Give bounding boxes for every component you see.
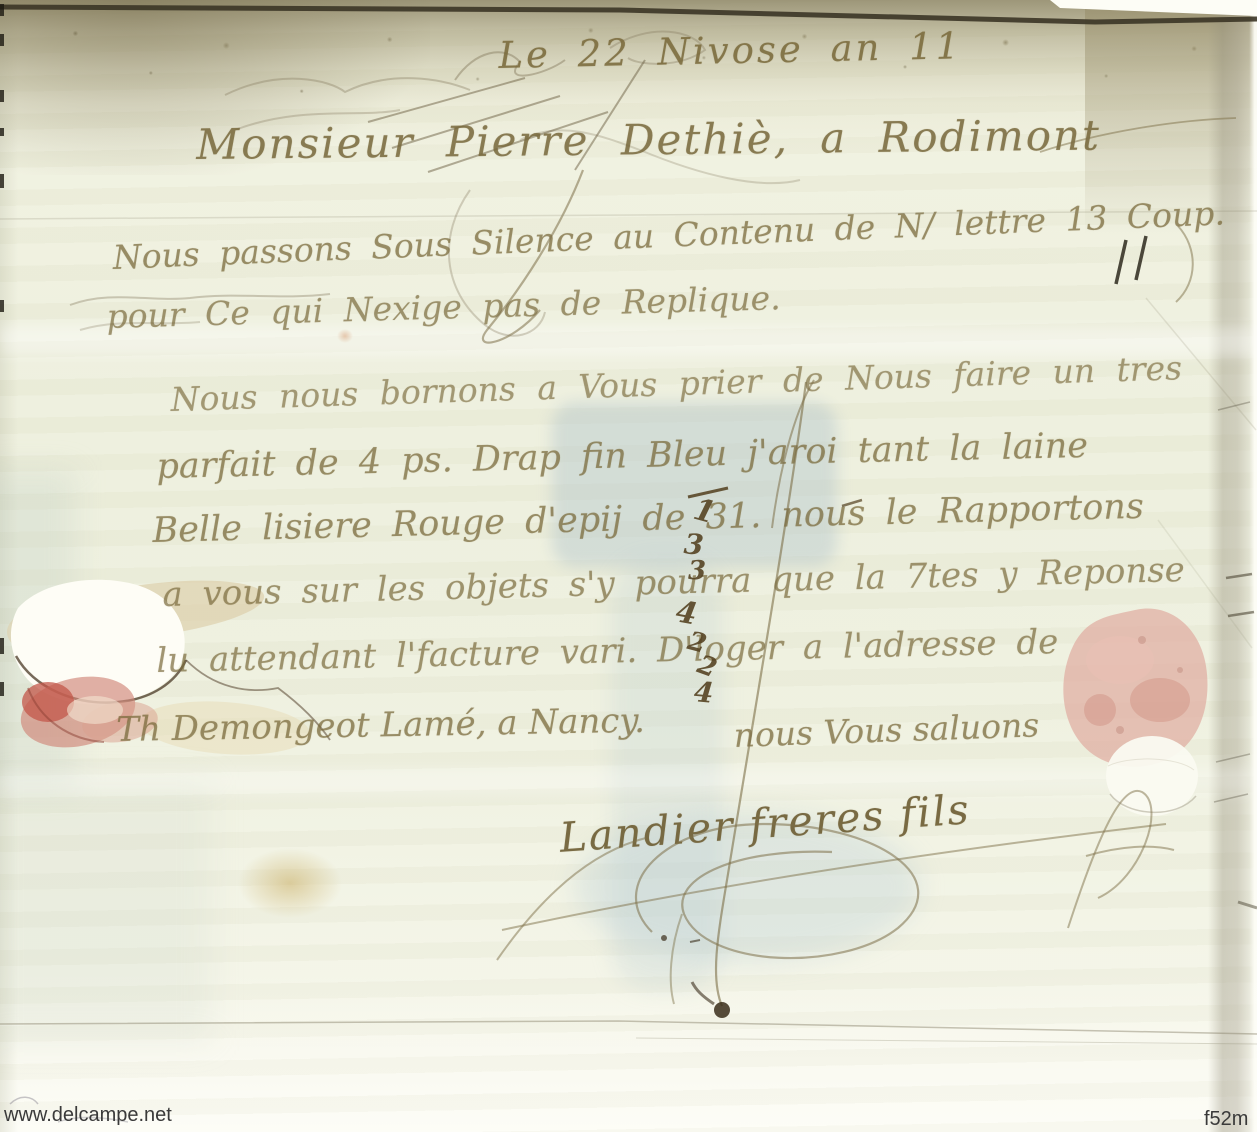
- body-line: Th Demongeot Lamé, a Nancy.: [116, 701, 645, 750]
- watermark-delcampe: www.delcampe.net: [4, 1104, 172, 1127]
- ink-number-mark: 4: [693, 675, 715, 710]
- left-edge-tint: [0, 470, 75, 790]
- pink-seal-speck: [1116, 726, 1124, 734]
- pencil-mark: [10, 1097, 38, 1104]
- watermark-f52m: f52m: [1204, 1108, 1248, 1131]
- body-line: lu attendant l'facture vari. D'loger a l…: [156, 622, 1059, 681]
- yellow-stain: [238, 848, 342, 918]
- signature-flourish: [1086, 847, 1174, 856]
- left-lower-tint: [0, 780, 210, 1040]
- dark-tally-mark: [1136, 236, 1146, 280]
- wax-highlight: [67, 696, 123, 724]
- pink-seal-speck: [1177, 667, 1183, 673]
- pink-seal-mottle: [1130, 678, 1190, 722]
- letter-scan: Le 22 Nivose an 11 Monsieur Pierre Dethi…: [0, 0, 1257, 1132]
- paren-mark: [1176, 226, 1193, 302]
- recipient-line: Monsieur Pierre Dethiè, a Rodimont: [196, 111, 1101, 169]
- fold-highlight: [0, 768, 1257, 794]
- pink-seal: [1063, 609, 1207, 767]
- pink-seal-mottle: [1086, 636, 1154, 684]
- seal-hole-edge: [1110, 794, 1196, 812]
- ink-blot: [714, 1002, 730, 1018]
- pink-seal-speck: [1138, 636, 1146, 644]
- ink-number-mark: 3: [688, 556, 706, 586]
- dark-tally-mark: [1116, 240, 1126, 284]
- crease-line: [636, 1038, 1257, 1044]
- pink-seal-mottle: [1084, 694, 1116, 726]
- closing-line: nous Vous saluons: [733, 705, 1040, 755]
- signature-flourish: [1068, 791, 1151, 928]
- body-line: Nous passons Sous Silence au Contenu de …: [112, 193, 1226, 277]
- crumpled-right-edge: [1208, 0, 1257, 1132]
